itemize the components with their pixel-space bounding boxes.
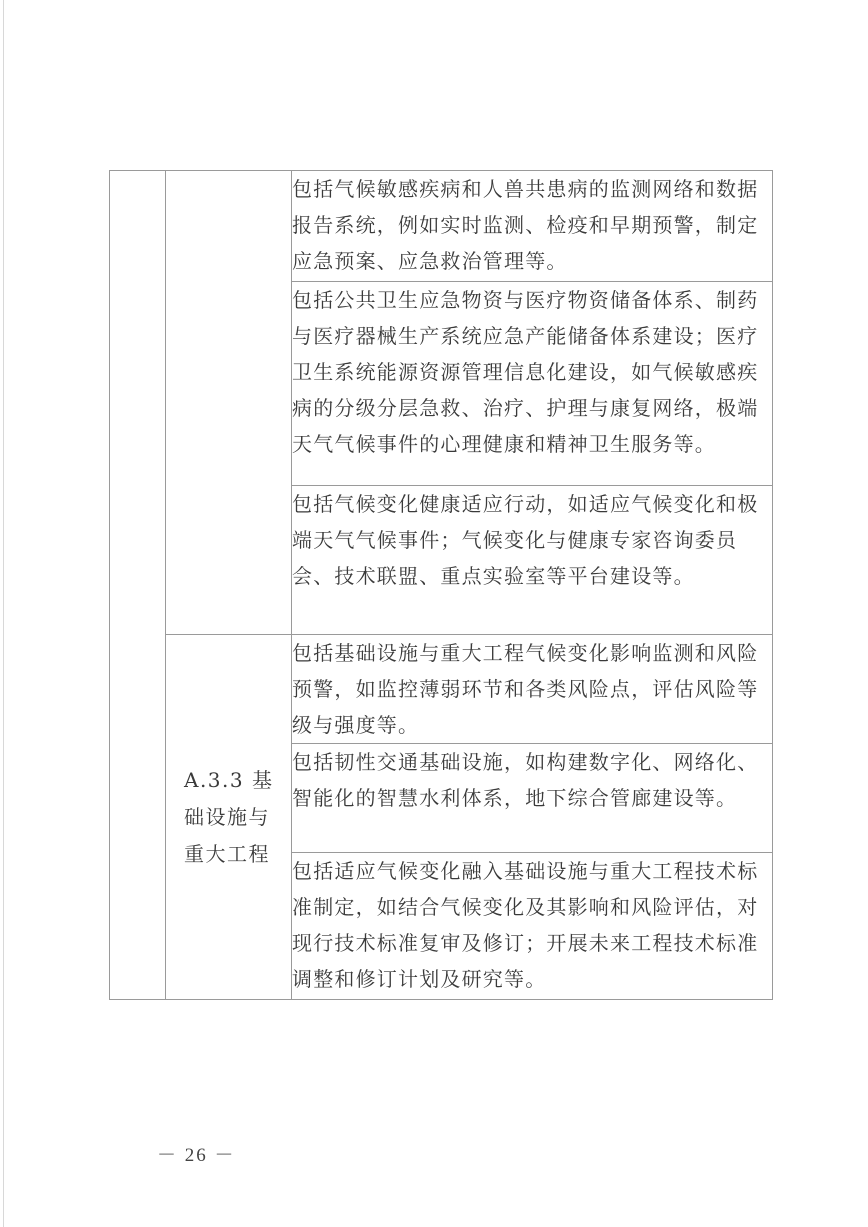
description-cell: 包括基础设施与重大工程气候变化影响监测和风险预警，如监控薄弱环节和各类风险点，评… bbox=[292, 635, 773, 744]
description-cell: 包括气候敏感疾病和人兽共患病的监测网络和数据报告系统，例如实时监测、检疫和早期预… bbox=[292, 171, 773, 282]
section-label-cell: A.3.3 基础设施与重大工程 bbox=[166, 635, 292, 1000]
content-table: 包括气候敏感疾病和人兽共患病的监测网络和数据报告系统，例如实时监测、检疫和早期预… bbox=[109, 170, 773, 1000]
page-edge-line bbox=[3, 0, 4, 1227]
description-cell: 包括气候变化健康适应行动，如适应气候变化和极端天气气候事件；气候变化与健康专家咨… bbox=[292, 486, 773, 635]
description-cell: 包括韧性交通基础设施，如构建数字化、网络化、智能化的智慧水利体系，地下综合管廊建… bbox=[292, 744, 773, 853]
description-cell: 包括公共卫生应急物资与医疗物资储备体系、制药与医疗器械生产系统应急产能储备体系建… bbox=[292, 282, 773, 486]
table-row: A.3.3 基础设施与重大工程 包括基础设施与重大工程气候变化影响监测和风险预警… bbox=[110, 635, 773, 744]
table-row: 包括气候敏感疾病和人兽共患病的监测网络和数据报告系统，例如实时监测、检疫和早期预… bbox=[110, 171, 773, 282]
description-cell: 包括适应气候变化融入基础设施与重大工程技术标准制定，如结合气候变化及其影响和风险… bbox=[292, 853, 773, 1000]
category-cell-empty bbox=[110, 171, 166, 1000]
section-label-cell bbox=[166, 171, 292, 635]
page-number: － 26 － bbox=[157, 1140, 236, 1167]
